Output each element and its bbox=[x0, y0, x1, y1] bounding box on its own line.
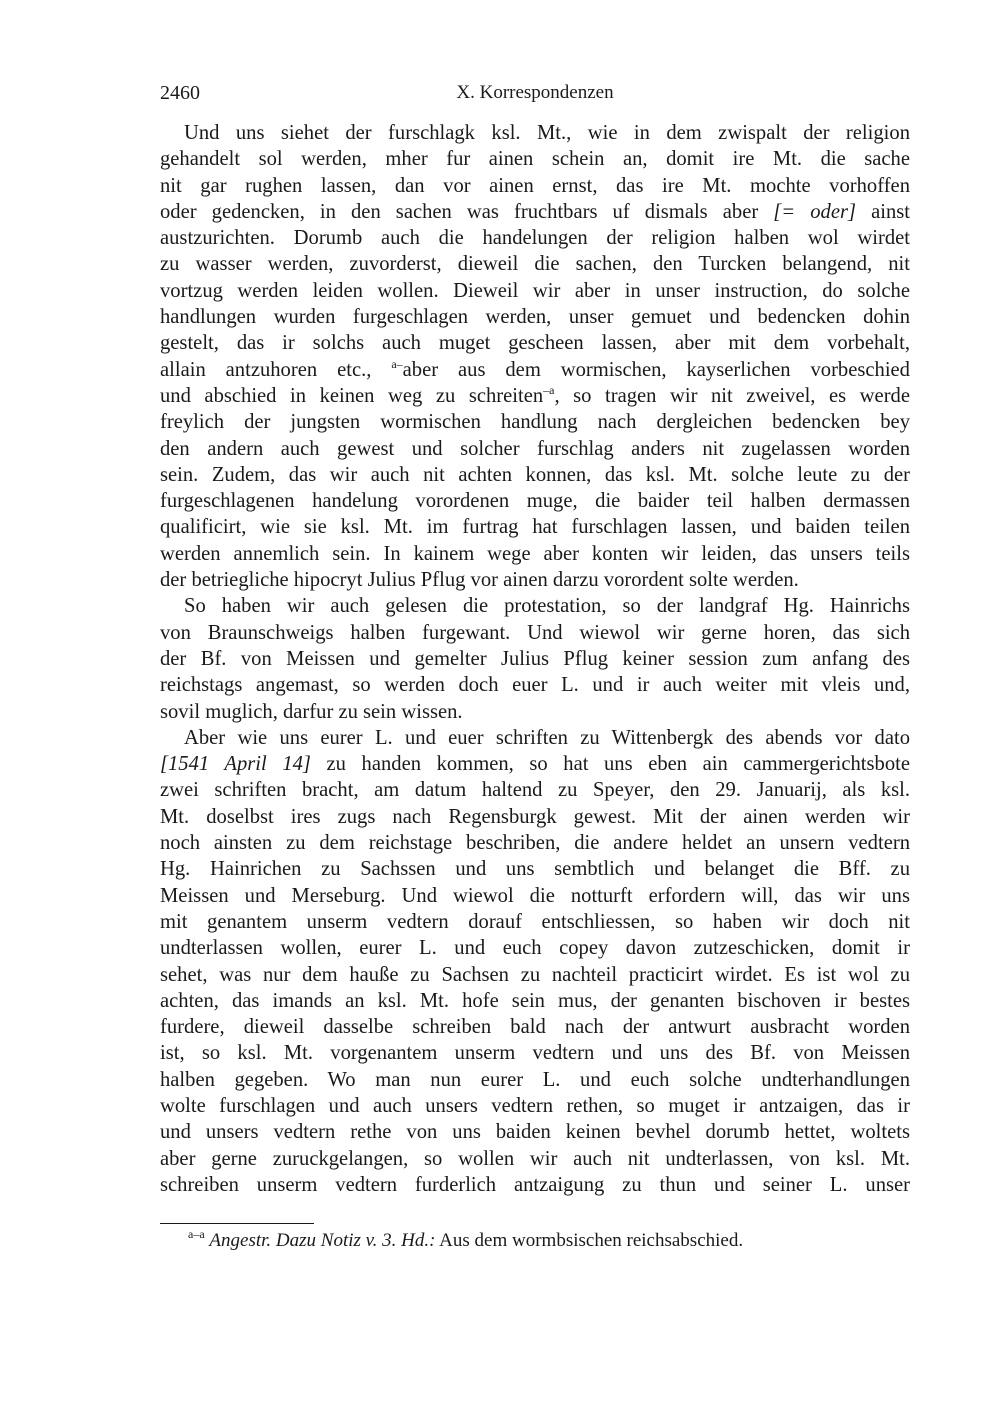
footnote-divider bbox=[160, 1223, 314, 1224]
text-line: wolte furschlagen und auch unsers vedter… bbox=[160, 1093, 910, 1119]
text-line: austzurichten. Dorumb auch die handelung… bbox=[160, 225, 910, 251]
paragraph: So haben wir auch gelesen die protestati… bbox=[160, 593, 910, 724]
footnote-reference: –a bbox=[543, 383, 554, 397]
text-line: Und uns siehet der furschlagk ksl. Mt., … bbox=[160, 120, 910, 146]
text-line: So haben wir auch gelesen die protestati… bbox=[160, 593, 910, 619]
text-line: gehandelt sol werden, mher fur ainen sch… bbox=[160, 146, 910, 172]
text-line: und unsers vedtern rethe von uns baiden … bbox=[160, 1119, 910, 1145]
text-line: undterlassen wollen, eurer L. und euch c… bbox=[160, 935, 910, 961]
text-line: [1541 April 14] zu handen kommen, so hat… bbox=[160, 751, 910, 777]
body-text: Und uns siehet der furschlagk ksl. Mt., … bbox=[160, 120, 910, 1198]
text-line: und abschied in keinen weg zu schreiten–… bbox=[160, 383, 910, 409]
text-line: furgeschlagenen handelung vorordenen mug… bbox=[160, 488, 910, 514]
footnote-editorial-note: Angestr. Dazu Notiz v. 3. Hd.: bbox=[209, 1230, 435, 1251]
text-line: ist, so ksl. Mt. vorgenantem unserm vedt… bbox=[160, 1040, 910, 1066]
text-line: Aber wie uns eurer L. und euer schriften… bbox=[160, 725, 910, 751]
editorial-insertion: [= oder] bbox=[773, 201, 856, 223]
footnote-marker: a–a bbox=[188, 1227, 205, 1241]
text-line: vortzug werden leiden wollen. Dieweil wi… bbox=[160, 278, 910, 304]
text-line: sovil muglich, darfur zu sein wissen. bbox=[160, 699, 910, 725]
text-line: furdere, dieweil dasselbe schreiben bald… bbox=[160, 1014, 910, 1040]
text-line: oder gedencken, in den sachen was frucht… bbox=[160, 199, 910, 225]
text-line: den andern auch gewest und solcher fursc… bbox=[160, 436, 910, 462]
text-line: Mt. doselbst ires zugs nach Regensburgk … bbox=[160, 804, 910, 830]
running-title: X. Korrespondenzen bbox=[160, 78, 910, 108]
text-line: zwei schriften bracht, am datum haltend … bbox=[160, 777, 910, 803]
text-line: schreiben unserm vedtern furderlich antz… bbox=[160, 1172, 910, 1198]
text-line: allain antzuhoren etc., a–aber aus dem w… bbox=[160, 357, 910, 383]
text-line: handlungen wurden furgeschlagen werden, … bbox=[160, 304, 910, 330]
footnote: a–a Angestr. Dazu Notiz v. 3. Hd.: Aus d… bbox=[188, 1228, 743, 1254]
paragraph: Aber wie uns eurer L. und euer schriften… bbox=[160, 725, 910, 1198]
text-line: nit gar rughen lassen, dan vor ainen ern… bbox=[160, 173, 910, 199]
text-line: von Braunschweigs halben furgewant. Und … bbox=[160, 620, 910, 646]
text-line: achten, das imands an ksl. Mt. hofe sein… bbox=[160, 988, 910, 1014]
text-line: freylich der jungsten wormischen handlun… bbox=[160, 409, 910, 435]
text-line: der Bf. von Meissen und gemelter Julius … bbox=[160, 646, 910, 672]
text-line: werden annemlich sein. In kainem wege ab… bbox=[160, 541, 910, 567]
text-line: aber gerne zuruckgelangen, so wollen wir… bbox=[160, 1146, 910, 1172]
editorial-insertion: [1541 April 14] bbox=[160, 753, 311, 775]
paragraph: Und uns siehet der furschlagk ksl. Mt., … bbox=[160, 120, 910, 593]
text-line: sein. Zudem, das wir auch nit achten kon… bbox=[160, 462, 910, 488]
text-line: Meissen und Merseburg. Und wiewol die no… bbox=[160, 883, 910, 909]
text-line: zu wasser werden, zuvorderst, dieweil di… bbox=[160, 251, 910, 277]
page-header: 2460 X. Korrespondenzen bbox=[160, 78, 910, 108]
text-line: mit genantem unserm vedtern dorauf entsc… bbox=[160, 909, 910, 935]
text-line: sehet, was nur dem hauße zu Sachsen zu n… bbox=[160, 962, 910, 988]
text-line: Hg. Hainrichen zu Sachssen und uns sembt… bbox=[160, 856, 910, 882]
text-line: noch ainsten zu dem reichstage beschribe… bbox=[160, 830, 910, 856]
footnote-text: Aus dem wormbsischen reichsabschied. bbox=[435, 1230, 743, 1251]
text-line: reichstags angemast, so werden doch euer… bbox=[160, 672, 910, 698]
text-line: qualificirt, wie sie ksl. Mt. im furtrag… bbox=[160, 514, 910, 540]
text-line: halben gegeben. Wo man nun eurer L. und … bbox=[160, 1067, 910, 1093]
text-line: gestelt, das ir solchs auch muget gesche… bbox=[160, 330, 910, 356]
footnote-reference: a– bbox=[391, 357, 402, 371]
text-line: der betriegliche hipocryt Julius Pflug v… bbox=[160, 567, 910, 593]
